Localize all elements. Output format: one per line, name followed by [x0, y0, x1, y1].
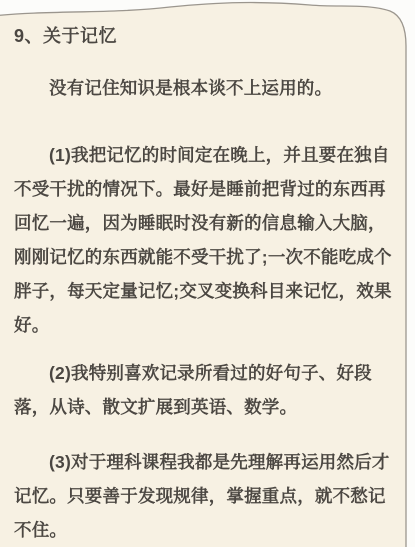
text-line: 记忆。只要善于发现规律，掌握重点，就不愁记 — [14, 479, 399, 513]
paragraph-1: (1)我把记忆的时间定在晚上，并且要在独自 不受干扰的情况下。最好是睡前把背过的… — [14, 138, 399, 342]
paragraph-3: (3)对于理科课程我都是先理解再运用然后才 记忆。只要善于发现规律，掌握重点，就… — [14, 445, 399, 547]
text-line: 不住。 — [14, 513, 399, 547]
text-line: 胖子，每天定量记忆;交叉变换科目来记忆，效果 — [14, 274, 399, 308]
text-line: 好。 — [14, 308, 399, 342]
doc-title: 9、关于记忆 — [14, 24, 399, 48]
text-line: (3)对于理科课程我都是先理解再运用然后才 — [14, 445, 399, 479]
text-line: 刚刚记忆的东西就能不受干扰了;一次不能吃成个 — [14, 240, 399, 274]
text-line: (1)我把记忆的时间定在晚上，并且要在独自 — [14, 138, 399, 172]
paragraph-2: (2)我特别喜欢记录所看过的好句子、好段 落，从诗、散文扩展到英语、数学。 — [14, 356, 399, 424]
text-line: 没有记住知识是根本谈不上运用的。 — [14, 71, 399, 105]
text-line: 落，从诗、散文扩展到英语、数学。 — [14, 390, 399, 424]
text-line: (2)我特别喜欢记录所看过的好句子、好段 — [14, 356, 399, 390]
card-content: 9、关于记忆 没有记住知识是根本谈不上运用的。 (1)我把记忆的时间定在晚上，并… — [0, 0, 407, 547]
page: 9、关于记忆 没有记住知识是根本谈不上运用的。 (1)我把记忆的时间定在晚上，并… — [0, 0, 415, 547]
text-line: 回忆一遍，因为睡眠时没有新的信息输入大脑， — [14, 206, 399, 240]
text-line: 不受干扰的情况下。最好是睡前把背过的东西再 — [14, 172, 399, 206]
paragraph-intro: 没有记住知识是根本谈不上运用的。 — [14, 71, 399, 105]
